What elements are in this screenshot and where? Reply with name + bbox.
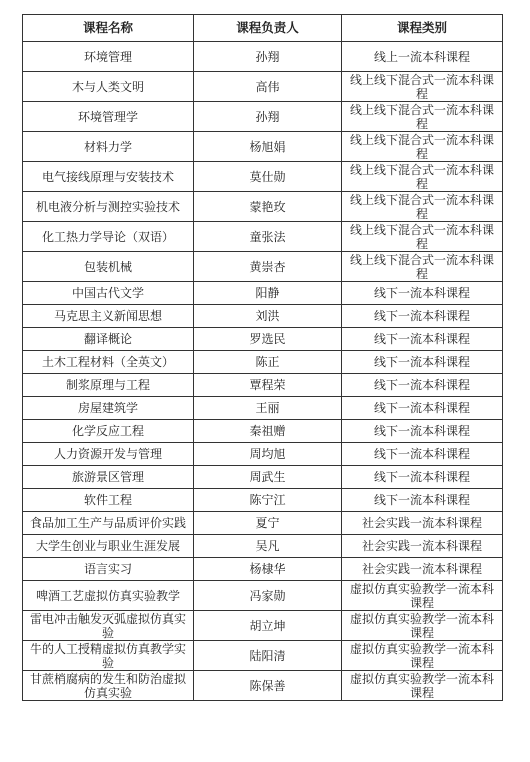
course-name-cell: 土木工程材料（全英文） bbox=[23, 351, 194, 374]
table-row: 材料力学杨旭娟线上线下混合式一流本科课程 bbox=[23, 132, 503, 162]
header-course-lead: 课程负责人 bbox=[194, 15, 342, 42]
course-name-cell: 中国古代文学 bbox=[23, 282, 194, 305]
course-type-cell: 线下一流本科课程 bbox=[342, 374, 503, 397]
course-name-cell: 啤酒工艺虚拟仿真实验教学 bbox=[23, 581, 194, 611]
course-type-cell: 线上线下混合式一流本科课程 bbox=[342, 192, 503, 222]
course-type-cell: 线下一流本科课程 bbox=[342, 328, 503, 351]
course-lead-cell: 童张法 bbox=[194, 222, 342, 252]
course-lead-cell: 周均旭 bbox=[194, 443, 342, 466]
course-name-cell: 软件工程 bbox=[23, 489, 194, 512]
course-type-cell: 线下一流本科课程 bbox=[342, 443, 503, 466]
table-row: 木与人类文明高伟线上线下混合式一流本科课程 bbox=[23, 72, 503, 102]
course-name-cell: 翻译概论 bbox=[23, 328, 194, 351]
table-row: 土木工程材料（全英文）陈正线下一流本科课程 bbox=[23, 351, 503, 374]
course-lead-cell: 阳静 bbox=[194, 282, 342, 305]
course-type-cell: 虚拟仿真实验教学一流本科课程 bbox=[342, 671, 503, 701]
course-name-cell: 化学反应工程 bbox=[23, 420, 194, 443]
course-type-cell: 线上线下混合式一流本科课程 bbox=[342, 132, 503, 162]
course-name-cell: 牛的人工授精虚拟仿真教学实验 bbox=[23, 641, 194, 671]
course-type-cell: 虚拟仿真实验教学一流本科课程 bbox=[342, 641, 503, 671]
course-lead-cell: 陈保善 bbox=[194, 671, 342, 701]
course-lead-cell: 陈宁江 bbox=[194, 489, 342, 512]
course-name-cell: 电气接线原理与安装技术 bbox=[23, 162, 194, 192]
course-type-cell: 线下一流本科课程 bbox=[342, 351, 503, 374]
course-lead-cell: 周武生 bbox=[194, 466, 342, 489]
course-lead-cell: 孙翔 bbox=[194, 102, 342, 132]
table-row: 大学生创业与职业生涯发展吴凡社会实践一流本科课程 bbox=[23, 535, 503, 558]
table-row: 电气接线原理与安装技术莫仕勋线上线下混合式一流本科课程 bbox=[23, 162, 503, 192]
course-lead-cell: 陈正 bbox=[194, 351, 342, 374]
table-row: 中国古代文学阳静线下一流本科课程 bbox=[23, 282, 503, 305]
course-type-cell: 线下一流本科课程 bbox=[342, 489, 503, 512]
course-name-cell: 材料力学 bbox=[23, 132, 194, 162]
course-lead-cell: 夏宁 bbox=[194, 512, 342, 535]
course-type-cell: 线上线下混合式一流本科课程 bbox=[342, 252, 503, 282]
course-lead-cell: 秦祖赠 bbox=[194, 420, 342, 443]
table-row: 马克思主义新闻思想刘洪线下一流本科课程 bbox=[23, 305, 503, 328]
table-row: 雷电冲击触发灭弧虚拟仿真实验胡立坤虚拟仿真实验教学一流本科课程 bbox=[23, 611, 503, 641]
course-name-cell: 机电液分析与测控实验技术 bbox=[23, 192, 194, 222]
table-row: 化工热力学导论（双语）童张法线上线下混合式一流本科课程 bbox=[23, 222, 503, 252]
course-lead-cell: 陆阳清 bbox=[194, 641, 342, 671]
table-row: 制浆原理与工程覃程荣线下一流本科课程 bbox=[23, 374, 503, 397]
course-name-cell: 房屋建筑学 bbox=[23, 397, 194, 420]
table-row: 人力资源开发与管理周均旭线下一流本科课程 bbox=[23, 443, 503, 466]
course-name-cell: 包装机械 bbox=[23, 252, 194, 282]
course-name-cell: 化工热力学导论（双语） bbox=[23, 222, 194, 252]
course-type-cell: 线下一流本科课程 bbox=[342, 282, 503, 305]
course-type-cell: 线上线下混合式一流本科课程 bbox=[342, 102, 503, 132]
table-row: 甘蔗梢腐病的发生和防治虚拟仿真实验陈保善虚拟仿真实验教学一流本科课程 bbox=[23, 671, 503, 701]
course-type-cell: 线下一流本科课程 bbox=[342, 466, 503, 489]
course-name-cell: 甘蔗梢腐病的发生和防治虚拟仿真实验 bbox=[23, 671, 194, 701]
header-course-name: 课程名称 bbox=[23, 15, 194, 42]
course-lead-cell: 刘洪 bbox=[194, 305, 342, 328]
course-type-cell: 线下一流本科课程 bbox=[342, 397, 503, 420]
course-name-cell: 人力资源开发与管理 bbox=[23, 443, 194, 466]
course-type-cell: 虚拟仿真实验教学一流本科课程 bbox=[342, 581, 503, 611]
table-row: 化学反应工程秦祖赠线下一流本科课程 bbox=[23, 420, 503, 443]
course-name-cell: 旅游景区管理 bbox=[23, 466, 194, 489]
table-row: 房屋建筑学王丽线下一流本科课程 bbox=[23, 397, 503, 420]
table-row: 软件工程陈宁江线下一流本科课程 bbox=[23, 489, 503, 512]
table-row: 环境管理孙翔线上一流本科课程 bbox=[23, 42, 503, 72]
course-name-cell: 制浆原理与工程 bbox=[23, 374, 194, 397]
course-lead-cell: 黄崇杏 bbox=[194, 252, 342, 282]
course-type-cell: 线下一流本科课程 bbox=[342, 420, 503, 443]
course-type-cell: 线上线下混合式一流本科课程 bbox=[342, 72, 503, 102]
table-row: 旅游景区管理周武生线下一流本科课程 bbox=[23, 466, 503, 489]
course-name-cell: 木与人类文明 bbox=[23, 72, 194, 102]
course-name-cell: 环境管理学 bbox=[23, 102, 194, 132]
course-name-cell: 大学生创业与职业生涯发展 bbox=[23, 535, 194, 558]
table-row: 语言实习杨棣华社会实践一流本科课程 bbox=[23, 558, 503, 581]
course-name-cell: 环境管理 bbox=[23, 42, 194, 72]
course-lead-cell: 罗选民 bbox=[194, 328, 342, 351]
table-row: 机电液分析与测控实验技术蒙艳玫线上线下混合式一流本科课程 bbox=[23, 192, 503, 222]
table-row: 食品加工生产与品质评价实践夏宁社会实践一流本科课程 bbox=[23, 512, 503, 535]
table-row: 翻译概论罗选民线下一流本科课程 bbox=[23, 328, 503, 351]
table-row: 环境管理学孙翔线上线下混合式一流本科课程 bbox=[23, 102, 503, 132]
course-name-cell: 马克思主义新闻思想 bbox=[23, 305, 194, 328]
course-type-cell: 社会实践一流本科课程 bbox=[342, 558, 503, 581]
course-type-cell: 线上一流本科课程 bbox=[342, 42, 503, 72]
table-row: 牛的人工授精虚拟仿真教学实验陆阳清虚拟仿真实验教学一流本科课程 bbox=[23, 641, 503, 671]
course-type-cell: 社会实践一流本科课程 bbox=[342, 535, 503, 558]
course-lead-cell: 覃程荣 bbox=[194, 374, 342, 397]
course-type-cell: 线下一流本科课程 bbox=[342, 305, 503, 328]
course-lead-cell: 杨棣华 bbox=[194, 558, 342, 581]
course-lead-cell: 蒙艳玫 bbox=[194, 192, 342, 222]
course-lead-cell: 孙翔 bbox=[194, 42, 342, 72]
course-lead-cell: 莫仕勋 bbox=[194, 162, 342, 192]
course-table: 课程名称 课程负责人 课程类别 环境管理孙翔线上一流本科课程木与人类文明高伟线上… bbox=[22, 14, 503, 701]
course-type-cell: 线上线下混合式一流本科课程 bbox=[342, 162, 503, 192]
header-row: 课程名称 课程负责人 课程类别 bbox=[23, 15, 503, 42]
course-type-cell: 虚拟仿真实验教学一流本科课程 bbox=[342, 611, 503, 641]
course-name-cell: 语言实习 bbox=[23, 558, 194, 581]
course-lead-cell: 王丽 bbox=[194, 397, 342, 420]
table-row: 啤酒工艺虚拟仿真实验教学冯家勋虚拟仿真实验教学一流本科课程 bbox=[23, 581, 503, 611]
course-lead-cell: 高伟 bbox=[194, 72, 342, 102]
course-lead-cell: 胡立坤 bbox=[194, 611, 342, 641]
course-name-cell: 雷电冲击触发灭弧虚拟仿真实验 bbox=[23, 611, 194, 641]
course-lead-cell: 吴凡 bbox=[194, 535, 342, 558]
course-name-cell: 食品加工生产与品质评价实践 bbox=[23, 512, 194, 535]
table-row: 包装机械黄崇杏线上线下混合式一流本科课程 bbox=[23, 252, 503, 282]
course-type-cell: 社会实践一流本科课程 bbox=[342, 512, 503, 535]
header-course-type: 课程类别 bbox=[342, 15, 503, 42]
course-lead-cell: 冯家勋 bbox=[194, 581, 342, 611]
course-lead-cell: 杨旭娟 bbox=[194, 132, 342, 162]
course-type-cell: 线上线下混合式一流本科课程 bbox=[342, 222, 503, 252]
